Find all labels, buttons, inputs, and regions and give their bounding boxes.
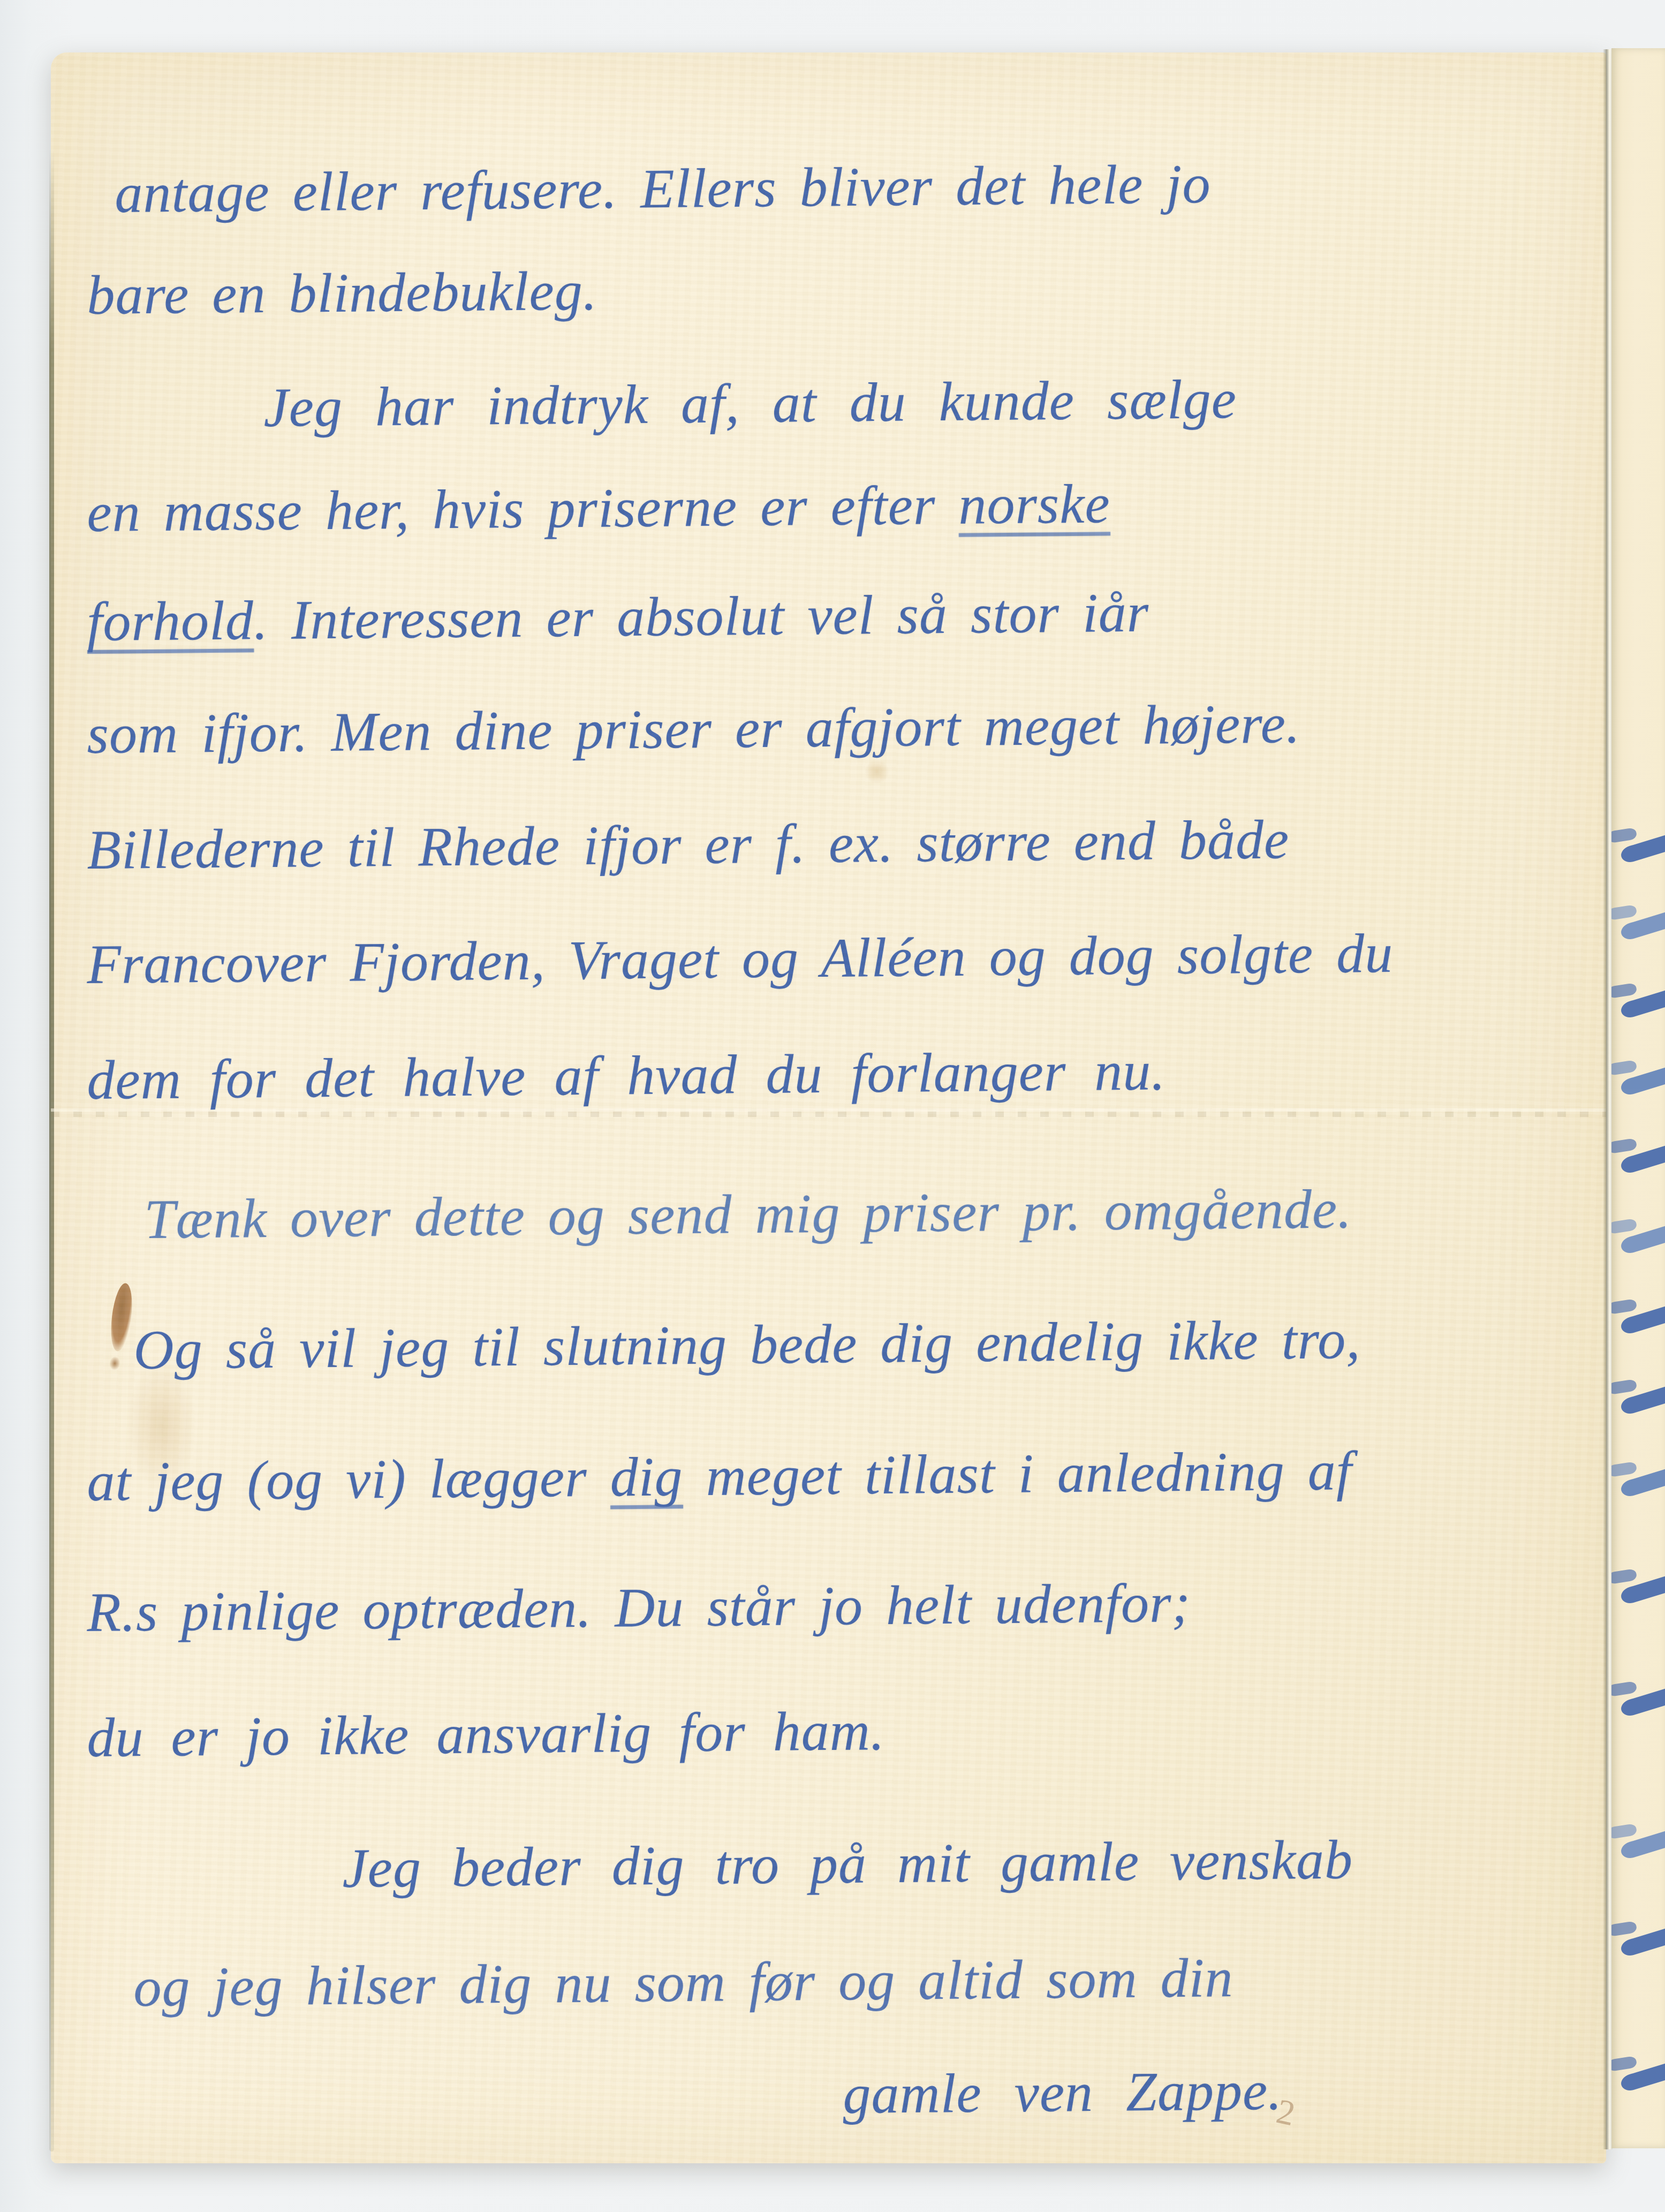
line-text: . Interessen er absolut vel så stor iår xyxy=(253,582,1149,652)
line-text: Tænk over dette og send mig priser pr. o… xyxy=(144,1178,1352,1250)
ink-stroke-fragment xyxy=(1619,1924,1665,1958)
line-text: gamle ven Zappe. xyxy=(843,2060,1282,2125)
letter-line: du er jo ikke ansvarlig for ham. xyxy=(87,1703,885,1766)
letter-line: og jeg hilser dig nu som før og altid so… xyxy=(133,1950,1233,2015)
letter-line: at jeg (og vi) lægger dig meget tillast … xyxy=(87,1443,1352,1510)
underlined-word: forhold xyxy=(87,590,254,653)
ink-stroke-fragment xyxy=(1619,1684,1665,1718)
letter-line: Jeg beder dig tro på mit gamle venskab xyxy=(342,1832,1353,1897)
ink-stroke-fragment xyxy=(1619,1464,1665,1498)
line-text: bare en blindebukleg. xyxy=(87,260,597,326)
letter-line: bare en blindebukleg. xyxy=(87,263,597,323)
ink-stroke-fragment xyxy=(1619,1572,1665,1605)
line-text: Jeg beder dig tro på mit gamle venskab xyxy=(342,1829,1353,1899)
ink-stroke-fragment xyxy=(1619,908,1665,941)
ink-stroke-fragment xyxy=(1619,831,1665,864)
paper-speck xyxy=(865,759,889,784)
line-text: som ifjor. Men dine priser er afgjort me… xyxy=(87,693,1300,765)
signature-line: gamle ven Zappe. xyxy=(843,2063,1282,2123)
ink-stroke-fragment xyxy=(1619,986,1665,1020)
scanned-letter: antage eller refusere. Ellers bliver det… xyxy=(0,0,1665,2212)
ink-stroke-fragment xyxy=(1619,1221,1665,1255)
line-text: meget tillast i anledning af xyxy=(683,1440,1352,1507)
line-text: og jeg hilser dig nu som før og altid so… xyxy=(133,1947,1233,2018)
letter-line: antage eller refusere. Ellers bliver det… xyxy=(115,156,1211,222)
underlined-word: dig xyxy=(610,1446,683,1508)
ink-stroke-fragment xyxy=(1619,1826,1665,1860)
underlined-word: norske xyxy=(958,473,1110,535)
letter-line: en masse her, hvis priserne er efter nor… xyxy=(87,476,1110,541)
ink-stroke-fragment xyxy=(1619,1141,1665,1175)
ink-stroke-fragment xyxy=(1619,1302,1665,1335)
letter-line: dem for det halve af hvad du forlanger n… xyxy=(87,1043,1166,1108)
letter-line: R.s pinlige optræden. Du står jo helt ud… xyxy=(87,1575,1191,1641)
horizontal-fold-crease xyxy=(51,1108,1606,1117)
adjacent-page-edge xyxy=(1611,48,1665,2148)
letter-page: antage eller refusere. Ellers bliver det… xyxy=(51,52,1606,2163)
line-text: at jeg (og vi) lægger xyxy=(87,1446,610,1513)
line-text: antage eller refusere. Ellers bliver det… xyxy=(115,153,1211,224)
line-text: en masse her, hvis priserne er efter xyxy=(87,474,959,543)
ink-stroke-fragment xyxy=(1619,1382,1665,1416)
ink-stroke-fragment xyxy=(1619,1063,1665,1097)
letter-line: Francover Fjorden, Vraget og Alléen og d… xyxy=(87,926,1393,993)
letter-line: forhold. Interessen er absolut vel så st… xyxy=(87,585,1149,650)
line-text: Francover Fjorden, Vraget og Alléen og d… xyxy=(87,923,1394,995)
ink-stroke-fragment xyxy=(1619,2059,1665,2093)
page-edge-shadow xyxy=(49,149,54,2151)
line-text: R.s pinlige optræden. Du står jo helt ud… xyxy=(87,1572,1191,1643)
ink-stain xyxy=(108,1282,135,1352)
letter-line: Billederne til Rhede ifjor er f. ex. stø… xyxy=(87,812,1289,878)
letter-line: som ifjor. Men dine priser er afgjort me… xyxy=(87,696,1300,763)
letter-line: Jeg har indtryk af, at du kunde sælge xyxy=(263,372,1237,436)
line-text: Billederne til Rhede ifjor er f. ex. stø… xyxy=(87,809,1290,881)
letter-line: Og så vil jeg til slutning bede dig ende… xyxy=(133,1312,1360,1378)
line-text: du er jo ikke ansvarlig for ham. xyxy=(87,1700,885,1769)
letter-line: Tænk over dette og send mig priser pr. o… xyxy=(144,1181,1352,1248)
line-text: Og så vil jeg til slutning bede dig ende… xyxy=(133,1309,1361,1381)
line-text: Jeg har indtryk af, at du kunde sælge xyxy=(263,368,1237,439)
line-text: dem for det halve af hvad du forlanger n… xyxy=(87,1040,1166,1111)
